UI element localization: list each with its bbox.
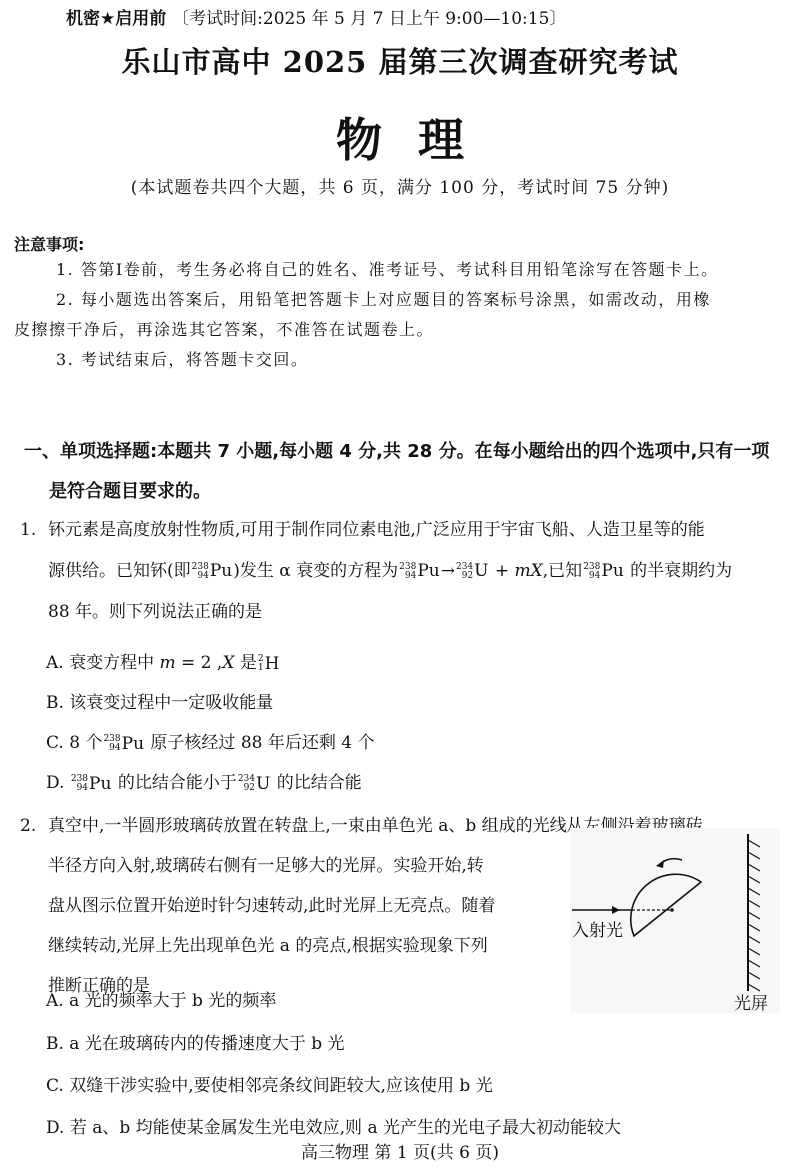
notice-item: 3. 考试结束后，将答题卡交回。 [14, 345, 789, 375]
isotope-pu: 23894Pu [583, 551, 624, 592]
notice-item: 2. 每小题选出答案后，用铅笔把答题卡上对应题目的答案标号涂黑，如需改动，用橡 [14, 285, 789, 315]
q1-line3: 88 年。则下列说法正确的是 [20, 592, 790, 633]
exam-title: 乐山市高中 2025 届第三次调查研究考试 [0, 40, 800, 81]
optics-diagram: 入射光 光屏 [570, 828, 780, 1013]
notice-list: 1. 答第Ⅰ卷前，考生务必将自己的姓名、准考证号、考试科目用铅笔涂写在答题卡上。… [14, 255, 789, 375]
isotope-pu: 23894Pu [399, 551, 440, 592]
text: ,已知 [543, 561, 582, 581]
isotope-pu: 23894Pu [103, 734, 144, 754]
q2-option-c: C. 双缝干涉实验中,要使相邻亮条纹间距较大,应该使用 b 光 [46, 1071, 493, 1096]
question-number: 2. [20, 806, 48, 847]
question-number: 1. [20, 510, 48, 551]
text: 的半衰期约为 [625, 561, 732, 581]
subject-title: 物理 [0, 104, 800, 170]
isotope-u: 23492U [456, 551, 489, 592]
q2-option-b: B. a 光在玻璃砖内的传播速度大于 b 光 [46, 1029, 345, 1054]
confidential-header: 机密★启用前 〔考试时间:2025 年 5 月 7 日上午 9:00—10:15… [66, 4, 566, 29]
notice-title: 注意事项: [14, 232, 84, 255]
q1-option-b: B. 该衰变过程中一定吸收能量 [46, 688, 273, 713]
q2-option-d: D. 若 a、b 均能使某金属发生光电效应,则 a 光产生的光电子最大初动能较大 [46, 1113, 621, 1138]
text: )发生 α 衰变的方程为 [233, 561, 398, 581]
section-heading-line2: 是符合题目要求的。 [24, 472, 794, 512]
isotope-h: 21H [258, 654, 280, 674]
q2-body: 半径方向入射,玻璃砖右侧有一足够大的光屏。实验开始,转 盘从图示位置开始逆时针匀… [48, 846, 548, 1006]
exam-time: 〔考试时间:2025 年 5 月 7 日上午 9:00—10:15〕 [172, 9, 566, 29]
variable-mx: mX [515, 561, 543, 581]
q2-line: 半径方向入射,玻璃砖右侧有一足够大的光屏。实验开始,转 [48, 846, 548, 886]
q1-option-a: A. 衰变方程中 m = 2 ,X 是21H [46, 648, 280, 674]
page-footer: 高三物理 第 1 页(共 6 页) [0, 1138, 800, 1163]
arrow: → [441, 561, 455, 581]
confidential-label: 机密★启用前 [66, 9, 166, 29]
q1-option-c: C. 8 个23894Pu 原子核经过 88 年后还剩 4 个 [46, 728, 374, 754]
q1-option-d: D. 23894Pu 的比结合能小于23492U 的比结合能 [46, 768, 362, 794]
exam-info: (本试题卷共四个大题，共 6 页，满分 100 分，考试时间 75 分钟) [0, 173, 800, 198]
notice-item-continued: 皮擦擦干净后，再涂选其它答案，不准答在试题卷上。 [14, 315, 789, 345]
q2-line: 盘从图示位置开始逆时针匀速转动,此时光屏上无亮点。随着 [48, 886, 548, 926]
q1-line2: 源供给。已知钚(即23894Pu)发生 α 衰变的方程为23894Pu→2349… [20, 551, 790, 592]
text: + [489, 561, 514, 581]
q1-line1: 钚元素是高度放射性物质,可用于制作同位素电池,广泛应用于宇宙飞船、人造卫星等的能 [48, 520, 705, 540]
q2-line: 继续转动,光屏上先出现单色光 a 的亮点,根据实验现象下列 [48, 926, 548, 966]
section-heading-line1: 一、单项选择题:本题共 7 小题,每小题 4 分,共 28 分。在每小题给出的四… [24, 441, 769, 462]
q2-option-a: A. a 光的频率大于 b 光的频率 [46, 986, 276, 1011]
isotope-pu: 23894Pu [71, 774, 112, 794]
section-heading: 一、单项选择题:本题共 7 小题,每小题 4 分,共 28 分。在每小题给出的四… [24, 432, 794, 512]
isotope-pu: 23894Pu [192, 551, 233, 592]
notice-item: 1. 答第Ⅰ卷前，考生务必将自己的姓名、准考证号、考试科目用铅笔涂写在答题卡上。 [14, 255, 789, 285]
text: 源供给。已知钚(即 [48, 561, 191, 581]
isotope-u: 23492U [238, 774, 271, 794]
incident-light-label: 入射光 [572, 916, 623, 941]
question-1: 1.钚元素是高度放射性物质,可用于制作同位素电池,广泛应用于宇宙飞船、人造卫星等… [20, 510, 790, 633]
screen-label: 光屏 [734, 989, 768, 1014]
